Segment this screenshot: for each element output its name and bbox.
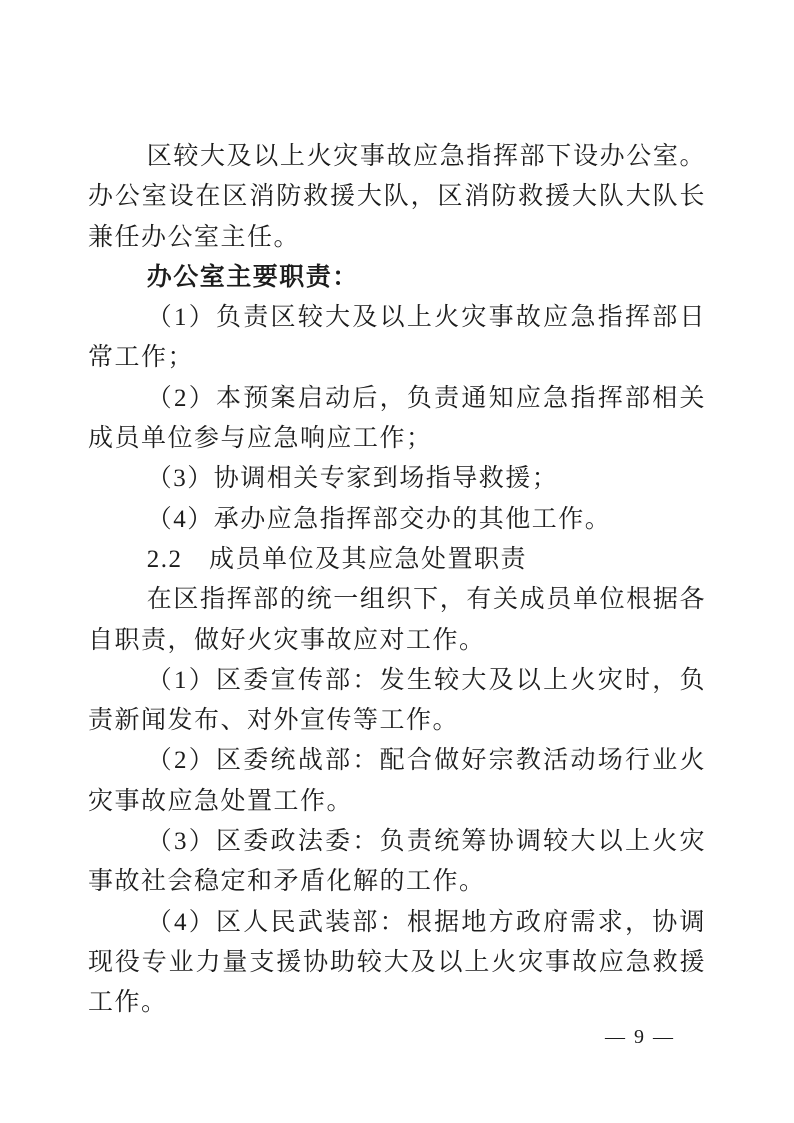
paragraph-member-units-intro: 在区指挥部的统一组织下，有关成员单位根据各自职责，做好火灾事故应对工作。 [88, 580, 706, 661]
heading-office-duties: 办公室主要职责： [88, 258, 706, 298]
duty-item-1: （1）负责区较大及以上火灾事故应急指挥部日常工作； [88, 298, 706, 379]
paragraph-intro: 区较大及以上火灾事故应急指挥部下设办公室。办公室设在区消防救援大队，区消防救援大… [88, 137, 706, 258]
page-number: — 9 — [560, 1026, 720, 1049]
member-unit-item-3: （3）区委政法委：负责统筹协调较大以上火灾事故社会稳定和矛盾化解的工作。 [88, 822, 706, 903]
member-unit-item-4: （4）区人民武装部：根据地方政府需求，协调现役专业力量支援协助较大及以上火灾事故… [88, 903, 706, 1024]
document-body: 区较大及以上火灾事故应急指挥部下设办公室。办公室设在区消防救援大队，区消防救援大… [88, 137, 706, 1024]
section-heading-2-2: 2.2 成员单位及其应急处置职责 [88, 540, 706, 580]
member-unit-item-2: （2）区委统战部：配合做好宗教活动场行业火灾事故应急处置工作。 [88, 741, 706, 822]
document-page: 区较大及以上火灾事故应急指挥部下设办公室。办公室设在区消防救援大队，区消防救援大… [0, 0, 794, 1123]
duty-item-3: （3）协调相关专家到场指导救援； [88, 459, 706, 499]
member-unit-item-1: （1）区委宣传部：发生较大及以上火灾时，负责新闻发布、对外宣传等工作。 [88, 661, 706, 742]
duty-item-2: （2）本预案启动后，负责通知应急指挥部相关成员单位参与应急响应工作； [88, 379, 706, 460]
duty-item-4: （4）承办应急指挥部交办的其他工作。 [88, 500, 706, 540]
